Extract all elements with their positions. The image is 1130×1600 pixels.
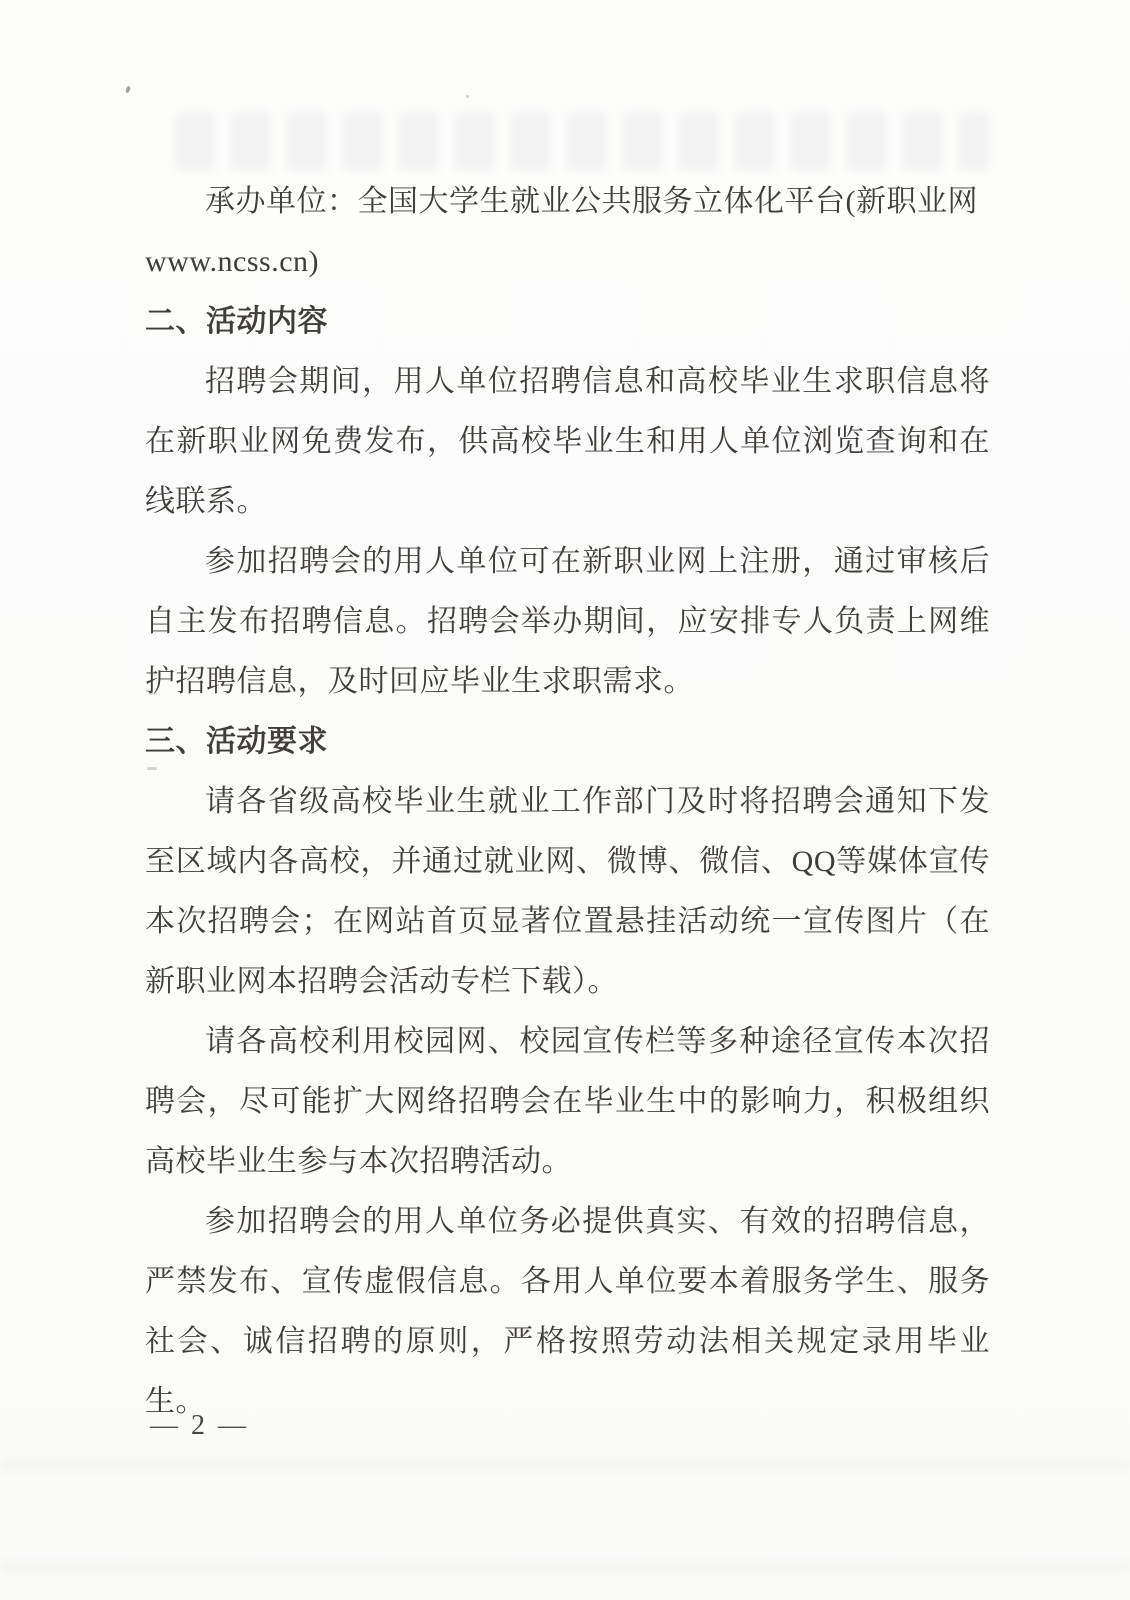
paragraph-employer-registration: 参加招聘会的用人单位可在新职业网上注册，通过审核后自主发布招聘信息。招聘会举办期…: [145, 532, 990, 712]
section-heading-activity-requirements: 三、活动要求: [145, 712, 990, 772]
paragraph-provincial-departments: 请各省级高校毕业生就业工作部门及时将招聘会通知下发至区域内各高校，并通过就业网、…: [145, 772, 990, 1012]
scan-streak: [0, 1560, 1130, 1574]
organizer-url-line: www.ncss.cn): [145, 232, 990, 292]
scan-speck: [125, 86, 131, 94]
section-heading-activity-content: 二、活动内容: [145, 292, 990, 352]
document-body: 承办单位：全国大学生就业公共服务立体化平台(新职业网 www.ncss.cn) …: [145, 172, 990, 1432]
paragraph-campus-promotion: 请各高校利用校园网、校园宣传栏等多种途径宣传本次招聘会，尽可能扩大网络招聘会在毕…: [145, 1012, 990, 1192]
organizer-line: 承办单位：全国大学生就业公共服务立体化平台(新职业网: [145, 172, 990, 232]
bleedthrough-artifact: [175, 112, 990, 170]
scan-speck: [466, 95, 469, 98]
paragraph-truthful-information: 参加招聘会的用人单位务必提供真实、有效的招聘信息，严禁发布、宣传虚假信息。各用人…: [145, 1192, 990, 1432]
scanned-document-page: 承办单位：全国大学生就业公共服务立体化平台(新职业网 www.ncss.cn) …: [0, 0, 1130, 1600]
page-number: — 2 —: [150, 1410, 249, 1442]
scan-streak: [0, 1458, 1130, 1472]
paragraph-info-publishing: 招聘会期间，用人单位招聘信息和高校毕业生求职信息将在新职业网免费发布，供高校毕业…: [145, 352, 990, 532]
